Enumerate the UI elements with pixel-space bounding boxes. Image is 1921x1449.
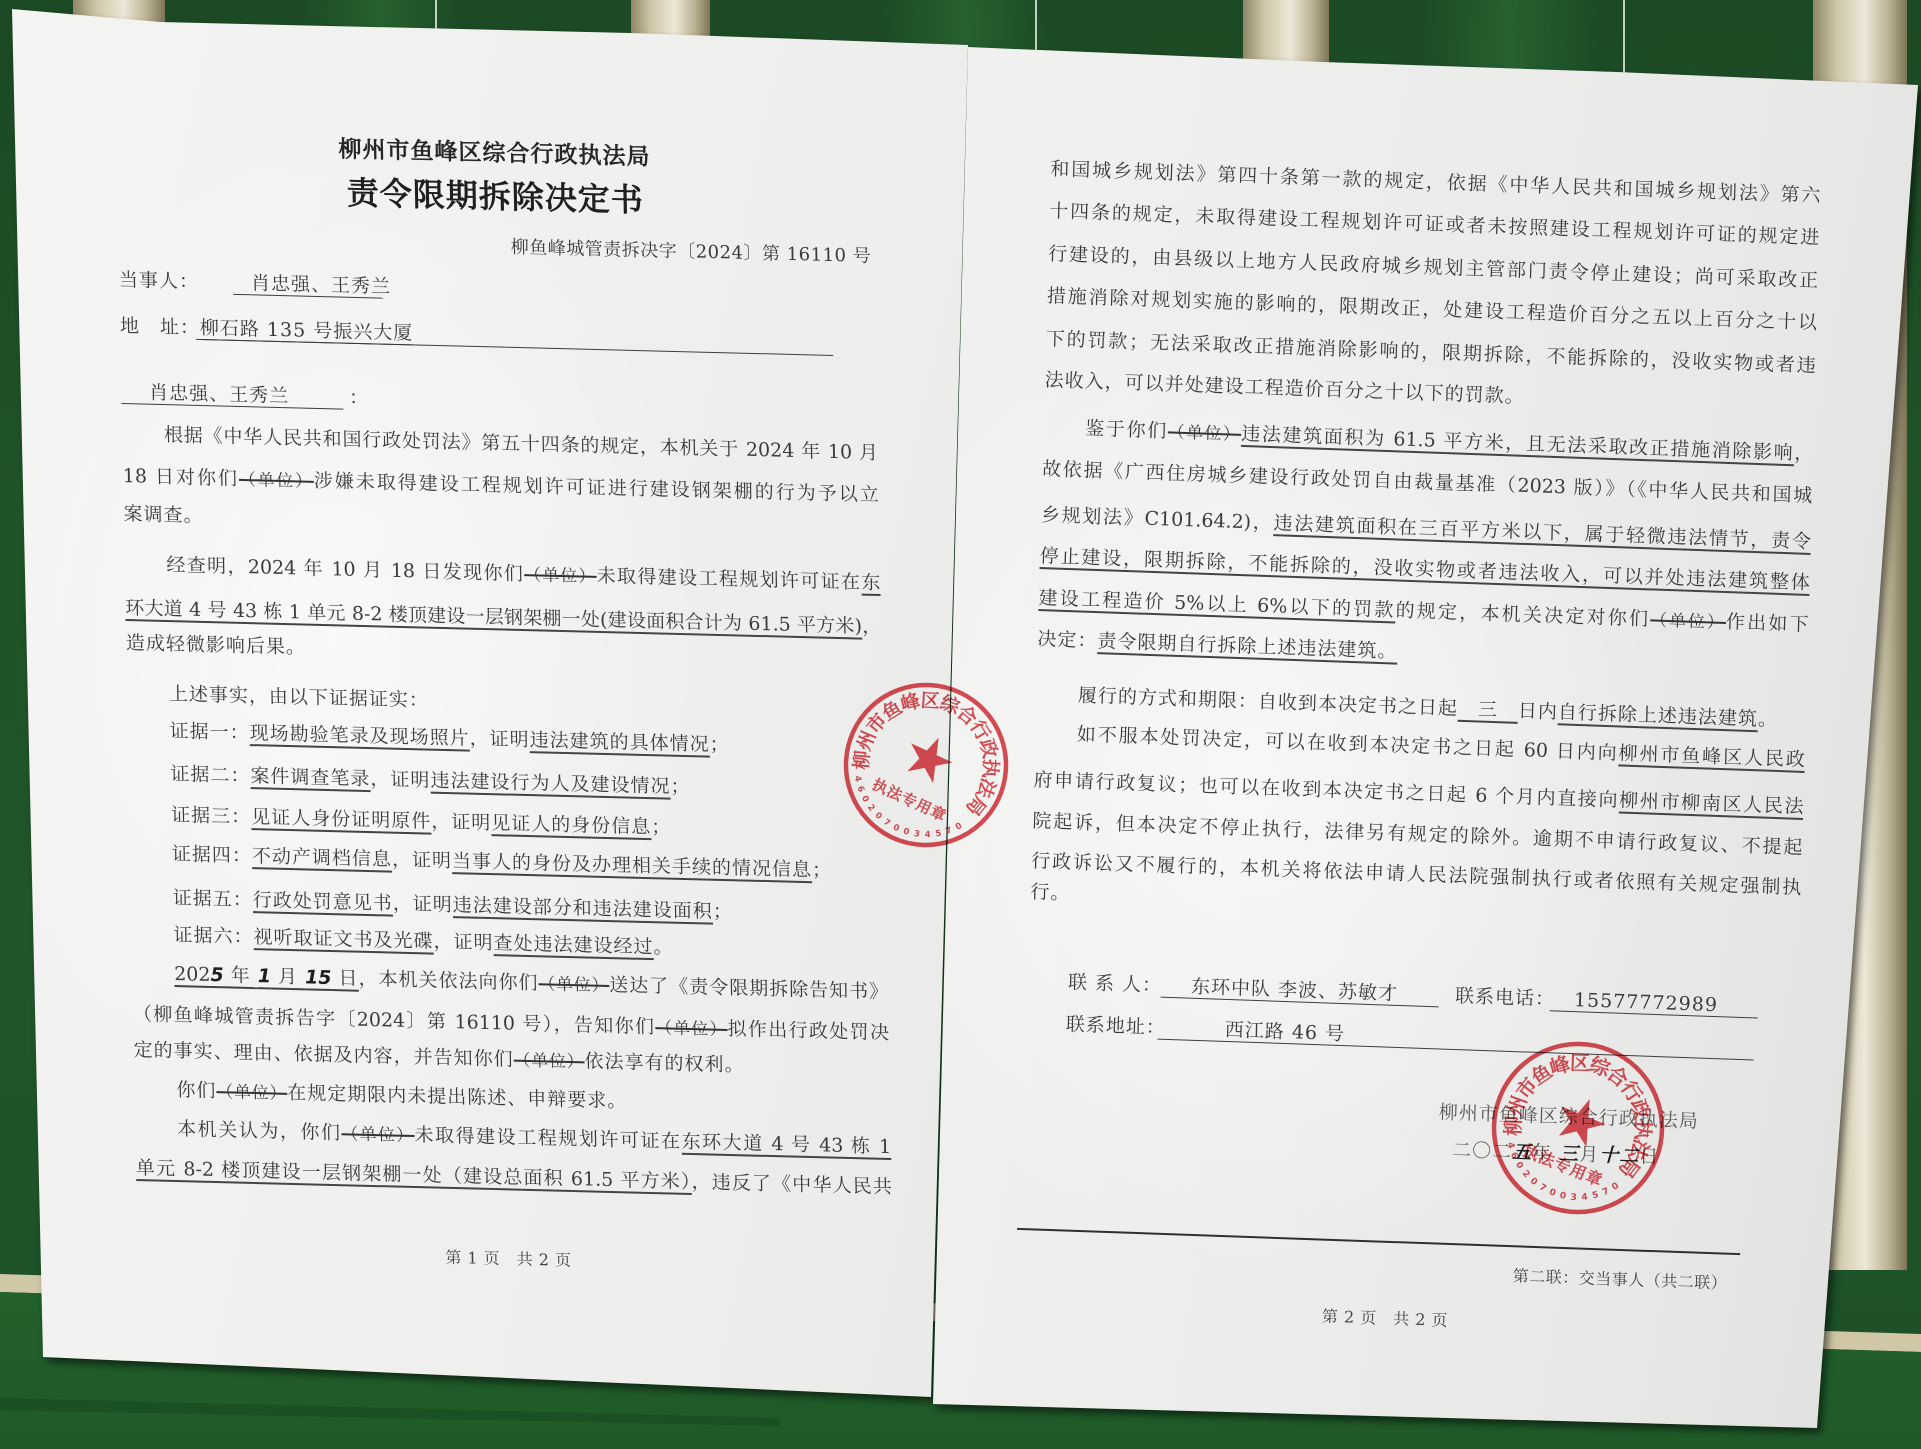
enforcement-seal-1: 柳州市鱼峰区综合行政执法局 执法专用章 4602070034570 <box>820 659 1033 872</box>
official-seals: 柳州市鱼峰区综合行政执法局 执法专用章 4602070034570 柳州市鱼峰区… <box>0 0 1921 1449</box>
enforcement-seal-2: 柳州市鱼峰区综合行政执法局 执法专用章 4602070034570 <box>1469 1019 1688 1238</box>
star-icon <box>900 728 960 787</box>
photo-scene: 柳州市鱼峰区综合行政执法局 责令限期拆除决定书 柳鱼峰城管责拆决字〔2024〕第… <box>0 0 1921 1449</box>
seal-serial: 4602070034570 <box>838 771 967 859</box>
seal-center-text: 执法专用章 <box>869 775 949 825</box>
star-icon <box>1550 1090 1612 1150</box>
